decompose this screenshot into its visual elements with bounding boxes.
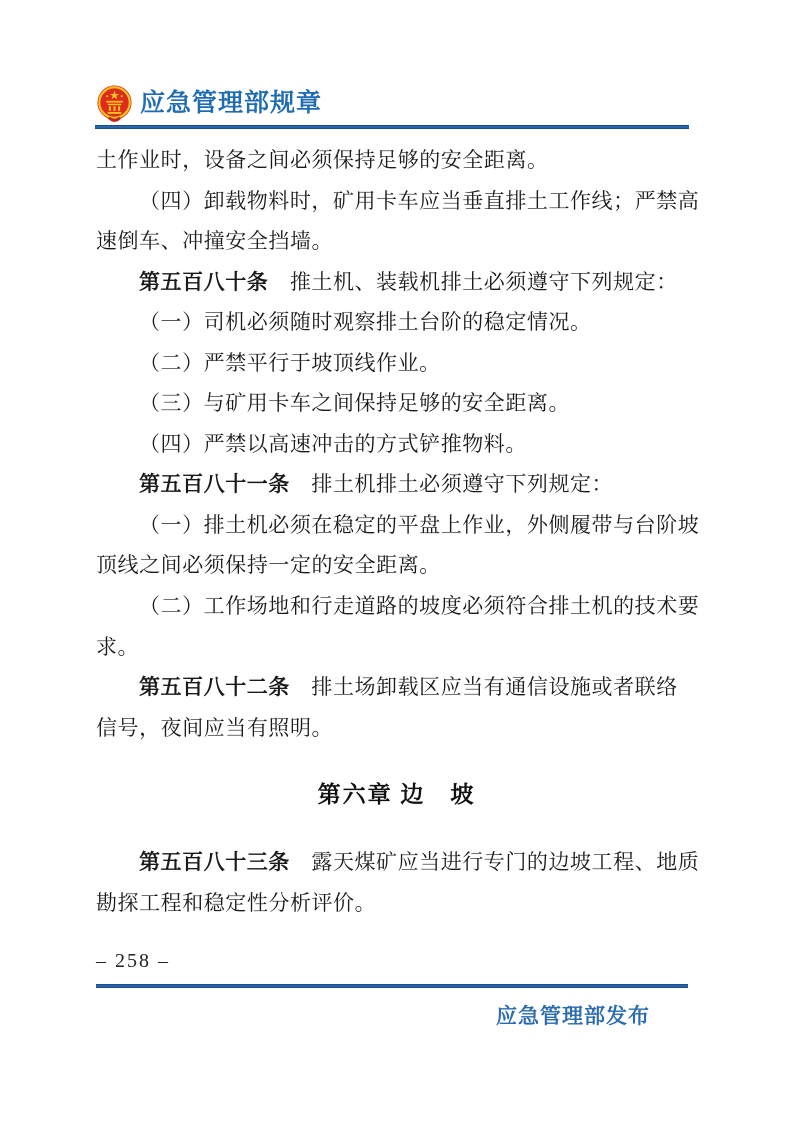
national-emblem-icon (95, 84, 134, 126)
header-title: 应急管理部规章 (140, 87, 322, 120)
body-line: （二）严禁平行于坡顶线作业。 (96, 343, 697, 384)
page-number: – 258 – (96, 948, 170, 974)
body-line: （三）与矿用卡车之间保持足够的安全距离。 (96, 383, 697, 424)
body-line: （四）严禁以高速冲击的方式铲推物料。 (96, 424, 697, 465)
body-line: （二）工作场地和行走道路的坡度必须符合排土机的技术要 (96, 586, 697, 627)
body-line: （一）排土机必须在稳定的平盘上作业，外侧履带与台阶坡 (96, 505, 697, 546)
footer-rule (96, 984, 688, 988)
body-line: （四）卸载物料时，矿用卡车应当垂直排土工作线；严禁高 (96, 181, 697, 222)
footer-publisher: 应急管理部发布 (496, 1004, 650, 1030)
body-line: 勘探工程和稳定性分析评价。 (96, 883, 697, 924)
document-page: 应急管理部规章 土作业时，设备之间必须保持足够的安全距离。（四）卸载物料时，矿用… (0, 0, 793, 1122)
body-line: 速倒车、冲撞安全挡墙。 (96, 221, 697, 262)
body-line: 第五百八十三条 露天煤矿应当进行专门的边坡工程、地质 (96, 842, 697, 883)
body-line: 第五百八十二条 排土场卸载区应当有通信设施或者联络 (96, 667, 697, 708)
article-number: 第五百八十二条 (139, 675, 290, 699)
body-line: 求。 (96, 627, 697, 668)
header-rule (95, 125, 689, 129)
body-line: 第五百八十条 推土机、装载机排土必须遵守下列规定： (96, 262, 697, 303)
chapter-heading: 第六章 边 坡 (96, 748, 697, 842)
document-body: 土作业时，设备之间必须保持足够的安全距离。（四）卸载物料时，矿用卡车应当垂直排土… (96, 140, 697, 923)
body-line: 土作业时，设备之间必须保持足够的安全距离。 (96, 140, 697, 181)
body-line: （一）司机必须随时观察排土台阶的稳定情况。 (96, 302, 697, 343)
body-line: 第五百八十一条 排土机排土必须遵守下列规定： (96, 464, 697, 505)
article-number: 第五百八十一条 (139, 472, 290, 496)
article-number: 第五百八十条 (139, 270, 268, 294)
body-line: 顶线之间必须保持一定的安全距离。 (96, 545, 697, 586)
article-number: 第五百八十三条 (139, 850, 290, 874)
body-line: 信号，夜间应当有照明。 (96, 708, 697, 749)
